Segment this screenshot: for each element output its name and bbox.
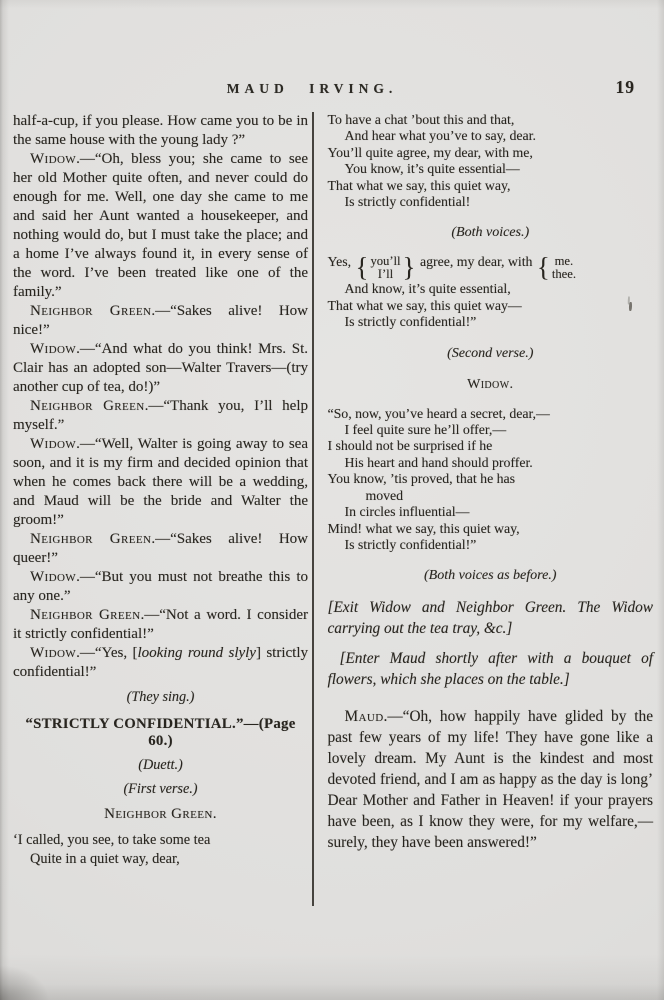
verse-line: You’ll quite agree, my dear, with me, <box>328 145 654 161</box>
widow-speech: Widow.—“Yes, [looking round slyly] stric… <box>13 644 308 682</box>
song-note-second-verse: (Second verse.) <box>328 346 654 362</box>
dialogue-continuation: half-a-cup, if you please. How came you … <box>13 112 308 150</box>
song-note-both-voices-before: (Both voices as before.) <box>328 568 654 584</box>
song-note-duett: (Duett.) <box>13 757 308 774</box>
verse-line: In circles influential— <box>328 504 654 520</box>
verse-line: Yes, {you’llI’ll} agree, my dear, with {… <box>328 254 654 281</box>
maud-speech: Maud.—“Oh, how happily have glided by th… <box>328 706 654 853</box>
singer-name: Neighbor Green. <box>13 806 308 823</box>
verse-line: You know, it’s quite essential— <box>328 161 654 177</box>
verse-line: That what we say, this quiet way, <box>328 178 654 194</box>
verse-line: To have a chat ’bout this and that, <box>328 112 654 128</box>
verse-line: moved <box>328 488 654 504</box>
widow-speech: Widow.—“And what do you think! Mrs. St. … <box>13 340 308 397</box>
neighbor-green-speech: Neighbor Green.—“Sakes alive! How queer!… <box>13 530 308 568</box>
stage-direction-enter: [Enter Maud shortly after with a bouquet… <box>328 648 654 690</box>
stage-direction-exit: [Exit Widow and Neighbor Green. The Wido… <box>328 597 654 639</box>
song-second-verse: “So, now, you’ve heard a secret, dear,—I… <box>328 406 654 554</box>
widow-speech: Widow.—“Well, Walter is going away to se… <box>13 435 308 530</box>
verse-line: I should not be surprised if he <box>328 438 654 454</box>
verse-line: ‘I called, you see, to take some tea <box>13 831 308 850</box>
verse-line: I feel quite sure he’ll offer,— <box>328 422 654 438</box>
verse-line: That what we say, this quiet way— <box>328 298 654 314</box>
scanned-book-page: MAUD IRVING. 19 half-a-cup, if you pleas… <box>0 0 664 1000</box>
verse-line: Mind! what we say, this quiet way, <box>328 521 654 537</box>
song-chorus-with-braces: Yes, {you’llI’ll} agree, my dear, with {… <box>328 254 654 330</box>
verse-line: “So, now, you’ve heard a secret, dear,— <box>328 406 654 422</box>
verse-line: Quite in a quiet way, dear, <box>13 850 308 869</box>
verse-line: Is strictly confidential! <box>328 194 654 210</box>
verse-line: Is strictly confidential!” <box>328 537 654 553</box>
neighbor-green-speech: Neighbor Green.—“Sakes alive! How nice!” <box>13 302 308 340</box>
stage-note-they-sing: (They sing.) <box>13 689 308 706</box>
neighbor-green-speech: Neighbor Green.—“Not a word. I consider … <box>13 606 308 644</box>
widow-speech: Widow.—“But you must not breathe this to… <box>13 568 308 606</box>
song-verse-start: ‘I called, you see, to take some teaQuit… <box>13 831 308 869</box>
brace-choice: {you’llI’ll} <box>354 254 416 281</box>
right-column: To have a chat ’bout this and that,And h… <box>314 112 654 853</box>
verse-line: Is strictly confidential!” <box>328 314 654 330</box>
widow-speech: Widow.—“Oh, bless you; she came to see h… <box>13 150 308 302</box>
running-title: MAUD IRVING. <box>60 81 564 97</box>
verse-line: His heart and hand should proffer. <box>328 455 654 471</box>
left-column: half-a-cup, if you please. How came you … <box>13 112 308 869</box>
verse-line: And know, it’s quite essential, <box>328 281 654 297</box>
song-verse-continued: To have a chat ’bout this and that,And h… <box>328 112 654 210</box>
text-columns: half-a-cup, if you please. How came you … <box>13 112 653 906</box>
song-note-both-voices: (Both voices.) <box>328 225 654 241</box>
brace-choice: {me.thee. <box>536 254 577 281</box>
song-title: “STRICTLY CONFIDENTIAL.”—(Page 60.) <box>13 716 308 750</box>
page-number: 19 <box>616 77 636 98</box>
neighbor-green-speech: Neighbor Green.—“Thank you, I’ll help my… <box>13 397 308 435</box>
verse-line: You know, ’tis proved, that he has <box>328 471 654 487</box>
singer-name: Widow. <box>328 377 654 393</box>
verse-line: And hear what you’ve to say, dear. <box>328 128 654 144</box>
page-header: MAUD IRVING. 19 <box>0 81 664 103</box>
song-note-first-verse: (First verse.) <box>13 781 308 798</box>
ink-speck <box>629 302 632 311</box>
